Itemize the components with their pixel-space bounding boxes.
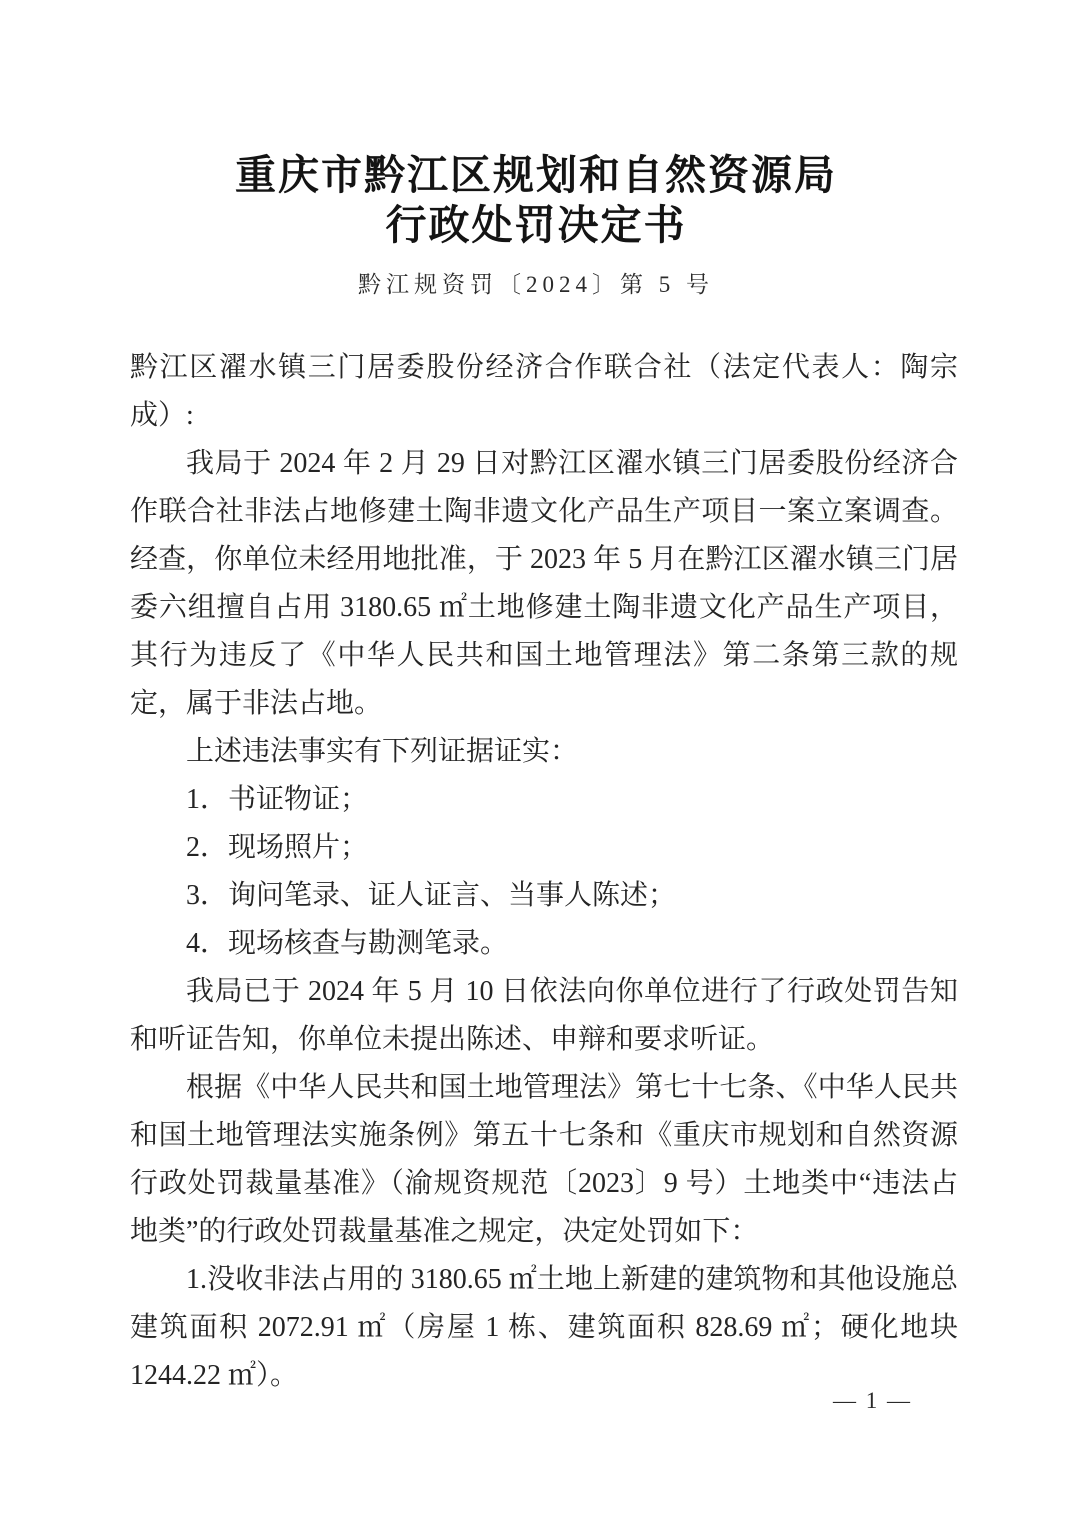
document-type-title: 行政处罚决定书 (0, 200, 1072, 250)
case-facts-paragraph: 我局于 2024 年 2 月 29 日对黔江区濯水镇三门居委股份经济合作联合社非… (130, 440, 958, 728)
evidence-item-1: 1．书证物证； (130, 776, 958, 824)
document-page: 重庆市黔江区规划和自然资源局 行政处罚决定书 黔江规资罚〔2024〕第 5 号 … (0, 0, 1072, 1528)
legal-basis-paragraph: 根据《中华人民共和国土地管理法》第七十七条、《中华人民共和国土地管理法实施条例》… (130, 1064, 958, 1256)
evidence-item-2: 2．现场照片； (130, 824, 958, 872)
evidence-item-3: 3．询问笔录、证人证言、当事人陈述； (130, 872, 958, 920)
evidence-intro: 上述违法事实有下列证据证实： (130, 728, 958, 776)
evidence-item-4: 4．现场核查与勘测笔录。 (130, 920, 958, 968)
page-number: — 1 — (0, 1388, 912, 1414)
agency-title: 重庆市黔江区规划和自然资源局 (0, 150, 1072, 200)
document-number: 黔江规资罚〔2024〕第 5 号 (0, 266, 1072, 299)
recipient-line: 黔江区濯水镇三门居委股份经济合作联合社（法定代表人：陶宗成）: (130, 344, 958, 440)
document-body: 黔江区濯水镇三门居委股份经济合作联合社（法定代表人：陶宗成）: 我局于 2024… (130, 344, 958, 1400)
penalty-item-1: 1.没收非法占用的 3180.65 ㎡土地上新建的建筑物和其他设施总建筑面积 2… (130, 1256, 958, 1400)
document-header: 重庆市黔江区规划和自然资源局 行政处罚决定书 黔江规资罚〔2024〕第 5 号 (0, 0, 1072, 299)
notification-paragraph: 我局已于 2024 年 5 月 10 日依法向你单位进行了行政处罚告知和听证告知… (130, 968, 958, 1064)
